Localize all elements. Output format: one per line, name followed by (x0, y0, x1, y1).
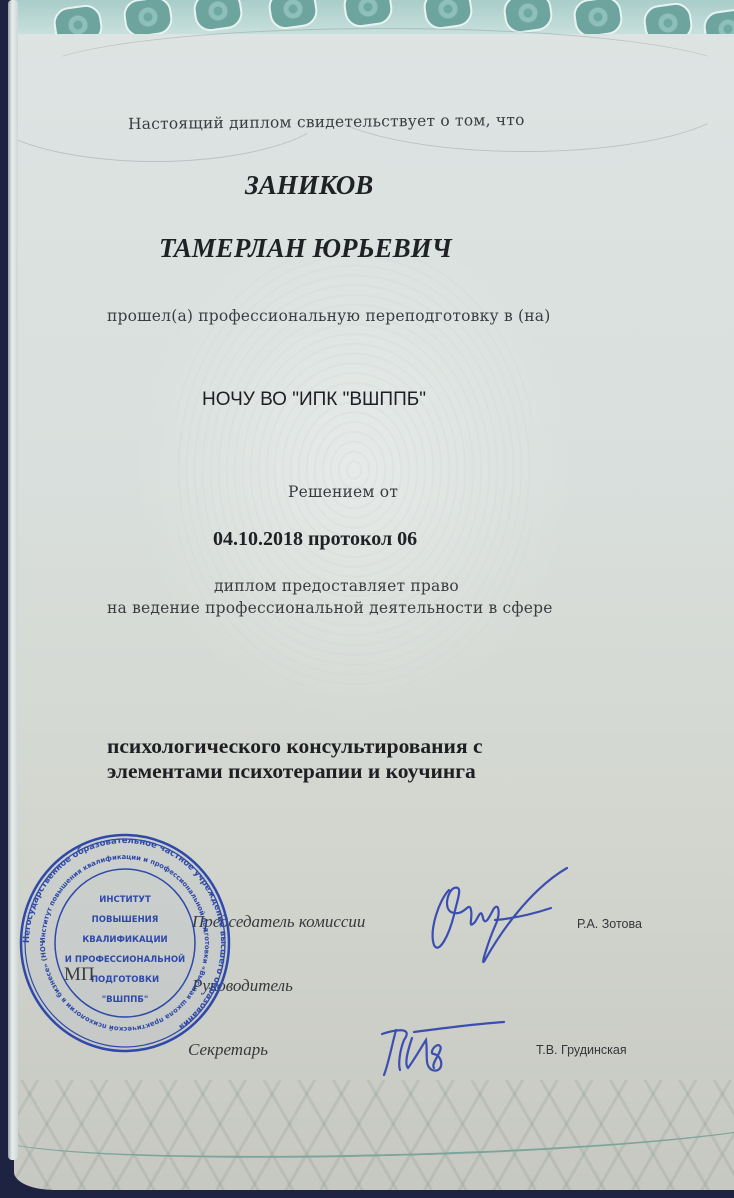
activity-sphere-text: на ведение профессиональной деятельности… (107, 599, 553, 617)
seal-place-label: МП (64, 964, 95, 986)
decision-label: Решением от (288, 483, 398, 501)
secretary-signature (374, 1020, 514, 1080)
diploma-page: Настоящий диплом свидетельствует о том, … (14, 0, 734, 1190)
svg-text:"ВШППБ": "ВШППБ" (102, 995, 149, 1005)
secretary-name: Т.В. Грудинская (536, 1043, 627, 1057)
field-line-2: элементами психотерапии и коучинга (107, 759, 476, 784)
completed-retraining-text: прошел(а) профессиональную переподготовк… (107, 307, 550, 325)
decision-date-protocol: 04.10.2018 протокол 06 (213, 528, 417, 551)
chair-signature (409, 860, 589, 980)
svg-text:КВАЛИФИКАЦИИ: КВАЛИФИКАЦИИ (82, 935, 167, 945)
institution-name: НОЧУ ВО "ИПК "ВШППБ" (202, 389, 426, 411)
svg-text:ИНСТИТУТ: ИНСТИТУТ (99, 895, 151, 905)
svg-text:ПОВЫШЕНИЯ: ПОВЫШЕНИЯ (92, 915, 159, 925)
svg-text:ПОДГОТОВКИ: ПОДГОТОВКИ (91, 975, 159, 985)
binding-edge (8, 0, 18, 1160)
surname: ЗАНИКОВ (245, 170, 373, 201)
given-names: ТАМЕРЛАН ЮРЬЕВИЧ (159, 233, 452, 264)
official-seal-stamp: Негосударственное образовательное частно… (18, 824, 232, 1062)
field-line-1: психологического консультирования с (107, 734, 483, 759)
grants-right-text: диплом предоставляет право (214, 577, 459, 595)
